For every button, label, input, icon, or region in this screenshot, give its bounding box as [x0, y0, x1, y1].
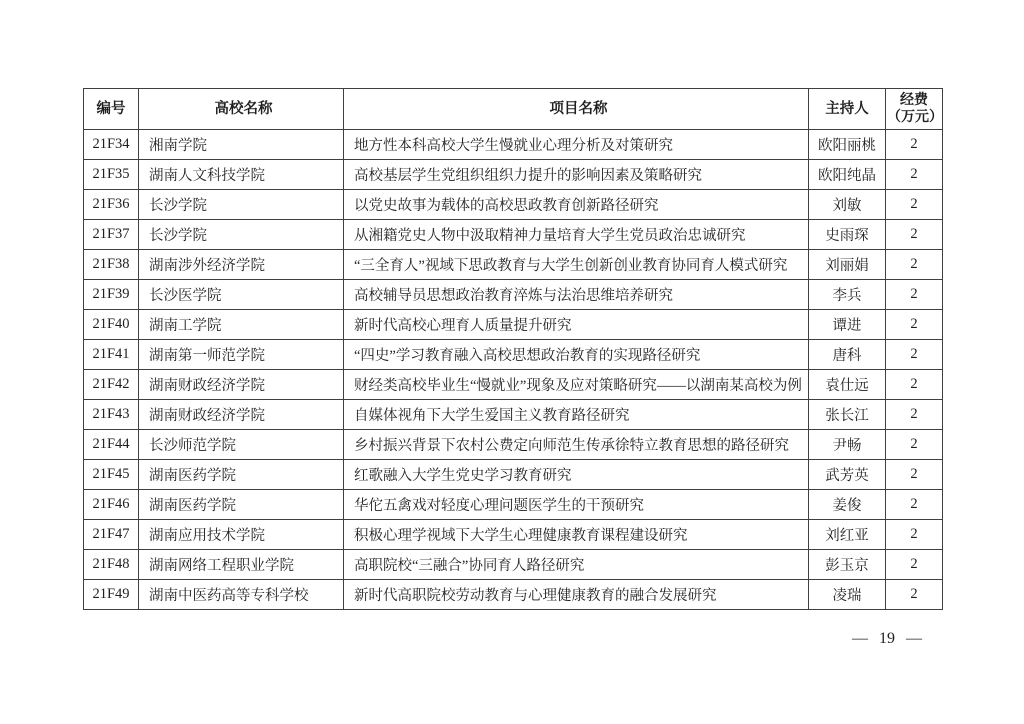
cell-leader: 史雨琛 [809, 220, 886, 250]
cell-leader: 欧阳丽桃 [809, 130, 886, 160]
cell-id: 21F38 [84, 250, 139, 280]
cell-project: 财经类高校毕业生“慢就业”现象及应对策略研究——以湖南某高校为例 [344, 370, 809, 400]
cell-project: 以党史故事为载体的高校思政教育创新路径研究 [344, 190, 809, 220]
table-row: 21F48 湖南网络工程职业学院 高职院校“三融合”协同育人路径研究 彭玉京 2 [84, 550, 943, 580]
cell-project: 自媒体视角下大学生爱国主义教育路径研究 [344, 400, 809, 430]
cell-university: 湖南医药学院 [139, 490, 344, 520]
cell-leader: 李兵 [809, 280, 886, 310]
table-row: 21F42 湖南财政经济学院 财经类高校毕业生“慢就业”现象及应对策略研究——以… [84, 370, 943, 400]
cell-id: 21F36 [84, 190, 139, 220]
cell-leader: 张长江 [809, 400, 886, 430]
header-project: 项目名称 [344, 89, 809, 130]
cell-fund: 2 [886, 490, 943, 520]
table-row: 21F40 湖南工学院 新时代高校心理育人质量提升研究 谭进 2 [84, 310, 943, 340]
document-page: 编号 高校名称 项目名称 主持人 经费 （万元） 21F34 湘南学院 地方性本… [0, 0, 1024, 724]
cell-project: 积极心理学视域下大学生心理健康教育课程建设研究 [344, 520, 809, 550]
cell-id: 21F48 [84, 550, 139, 580]
cell-leader: 欧阳纯晶 [809, 160, 886, 190]
cell-university: 湖南中医药高等专科学校 [139, 580, 344, 610]
cell-project: 新时代高职院校劳动教育与心理健康教育的融合发展研究 [344, 580, 809, 610]
cell-fund: 2 [886, 130, 943, 160]
table-row: 21F36 长沙学院 以党史故事为载体的高校思政教育创新路径研究 刘敏 2 [84, 190, 943, 220]
cell-leader: 尹畅 [809, 430, 886, 460]
grant-table: 编号 高校名称 项目名称 主持人 经费 （万元） 21F34 湘南学院 地方性本… [83, 88, 943, 610]
cell-leader: 刘丽娟 [809, 250, 886, 280]
cell-fund: 2 [886, 340, 943, 370]
cell-leader: 姜俊 [809, 490, 886, 520]
cell-fund: 2 [886, 370, 943, 400]
table-row: 21F46 湖南医药学院 华佗五禽戏对轻度心理问题医学生的干预研究 姜俊 2 [84, 490, 943, 520]
cell-university: 长沙学院 [139, 190, 344, 220]
cell-project: 乡村振兴背景下农村公费定向师范生传承徐特立教育思想的路径研究 [344, 430, 809, 460]
table-row: 21F34 湘南学院 地方性本科高校大学生慢就业心理分析及对策研究 欧阳丽桃 2 [84, 130, 943, 160]
cell-fund: 2 [886, 400, 943, 430]
cell-university: 长沙师范学院 [139, 430, 344, 460]
cell-id: 21F49 [84, 580, 139, 610]
cell-id: 21F40 [84, 310, 139, 340]
cell-leader: 刘敏 [809, 190, 886, 220]
cell-id: 21F37 [84, 220, 139, 250]
cell-university: 湖南财政经济学院 [139, 400, 344, 430]
page-number: — 19 — [852, 630, 922, 648]
cell-university: 湖南应用技术学院 [139, 520, 344, 550]
cell-fund: 2 [886, 580, 943, 610]
cell-leader: 谭进 [809, 310, 886, 340]
header-row: 编号 高校名称 项目名称 主持人 经费 （万元） [84, 89, 943, 130]
cell-fund: 2 [886, 160, 943, 190]
cell-project: 华佗五禽戏对轻度心理问题医学生的干预研究 [344, 490, 809, 520]
table-row: 21F43 湖南财政经济学院 自媒体视角下大学生爱国主义教育路径研究 张长江 2 [84, 400, 943, 430]
cell-leader: 凌瑞 [809, 580, 886, 610]
cell-fund: 2 [886, 550, 943, 580]
cell-project: “三全育人”视域下思政教育与大学生创新创业教育协同育人模式研究 [344, 250, 809, 280]
cell-project: 新时代高校心理育人质量提升研究 [344, 310, 809, 340]
header-leader: 主持人 [809, 89, 886, 130]
cell-id: 21F46 [84, 490, 139, 520]
cell-id: 21F34 [84, 130, 139, 160]
header-id: 编号 [84, 89, 139, 130]
cell-leader: 刘红亚 [809, 520, 886, 550]
cell-university: 长沙医学院 [139, 280, 344, 310]
cell-id: 21F35 [84, 160, 139, 190]
cell-leader: 彭玉京 [809, 550, 886, 580]
table-row: 21F39 长沙医学院 高校辅导员思想政治教育淬炼与法治思维培养研究 李兵 2 [84, 280, 943, 310]
cell-project: 高校基层学生党组织组织力提升的影响因素及策略研究 [344, 160, 809, 190]
table-row: 21F44 长沙师范学院 乡村振兴背景下农村公费定向师范生传承徐特立教育思想的路… [84, 430, 943, 460]
cell-university: 长沙学院 [139, 220, 344, 250]
cell-id: 21F47 [84, 520, 139, 550]
cell-fund: 2 [886, 250, 943, 280]
cell-university: 湖南网络工程职业学院 [139, 550, 344, 580]
cell-fund: 2 [886, 220, 943, 250]
cell-project: “四史”学习教育融入高校思想政治教育的实现路径研究 [344, 340, 809, 370]
table-row: 21F35 湖南人文科技学院 高校基层学生党组织组织力提升的影响因素及策略研究 … [84, 160, 943, 190]
cell-id: 21F39 [84, 280, 139, 310]
cell-university: 湖南人文科技学院 [139, 160, 344, 190]
cell-fund: 2 [886, 310, 943, 340]
cell-university: 湖南工学院 [139, 310, 344, 340]
cell-id: 21F44 [84, 430, 139, 460]
table-row: 21F45 湖南医药学院 红歌融入大学生党史学习教育研究 武芳英 2 [84, 460, 943, 490]
cell-id: 21F42 [84, 370, 139, 400]
cell-project: 地方性本科高校大学生慢就业心理分析及对策研究 [344, 130, 809, 160]
table-row: 21F49 湖南中医药高等专科学校 新时代高职院校劳动教育与心理健康教育的融合发… [84, 580, 943, 610]
cell-fund: 2 [886, 520, 943, 550]
cell-university: 湖南医药学院 [139, 460, 344, 490]
cell-leader: 唐科 [809, 340, 886, 370]
cell-leader: 武芳英 [809, 460, 886, 490]
cell-university: 湖南涉外经济学院 [139, 250, 344, 280]
header-university: 高校名称 [139, 89, 344, 130]
table-row: 21F38 湖南涉外经济学院 “三全育人”视域下思政教育与大学生创新创业教育协同… [84, 250, 943, 280]
cell-id: 21F41 [84, 340, 139, 370]
cell-university: 湖南第一师范学院 [139, 340, 344, 370]
cell-project: 从湘籍党史人物中汲取精神力量培育大学生党员政治忠诚研究 [344, 220, 809, 250]
cell-project: 红歌融入大学生党史学习教育研究 [344, 460, 809, 490]
cell-project: 高职院校“三融合”协同育人路径研究 [344, 550, 809, 580]
cell-university: 湘南学院 [139, 130, 344, 160]
table-row: 21F37 长沙学院 从湘籍党史人物中汲取精神力量培育大学生党员政治忠诚研究 史… [84, 220, 943, 250]
header-fund: 经费 （万元） [886, 89, 943, 130]
cell-fund: 2 [886, 280, 943, 310]
cell-fund: 2 [886, 460, 943, 490]
cell-university: 湖南财政经济学院 [139, 370, 344, 400]
cell-project: 高校辅导员思想政治教育淬炼与法治思维培养研究 [344, 280, 809, 310]
table-row: 21F41 湖南第一师范学院 “四史”学习教育融入高校思想政治教育的实现路径研究… [84, 340, 943, 370]
cell-fund: 2 [886, 190, 943, 220]
cell-id: 21F45 [84, 460, 139, 490]
cell-leader: 袁仕远 [809, 370, 886, 400]
table-row: 21F47 湖南应用技术学院 积极心理学视域下大学生心理健康教育课程建设研究 刘… [84, 520, 943, 550]
cell-id: 21F43 [84, 400, 139, 430]
cell-fund: 2 [886, 430, 943, 460]
